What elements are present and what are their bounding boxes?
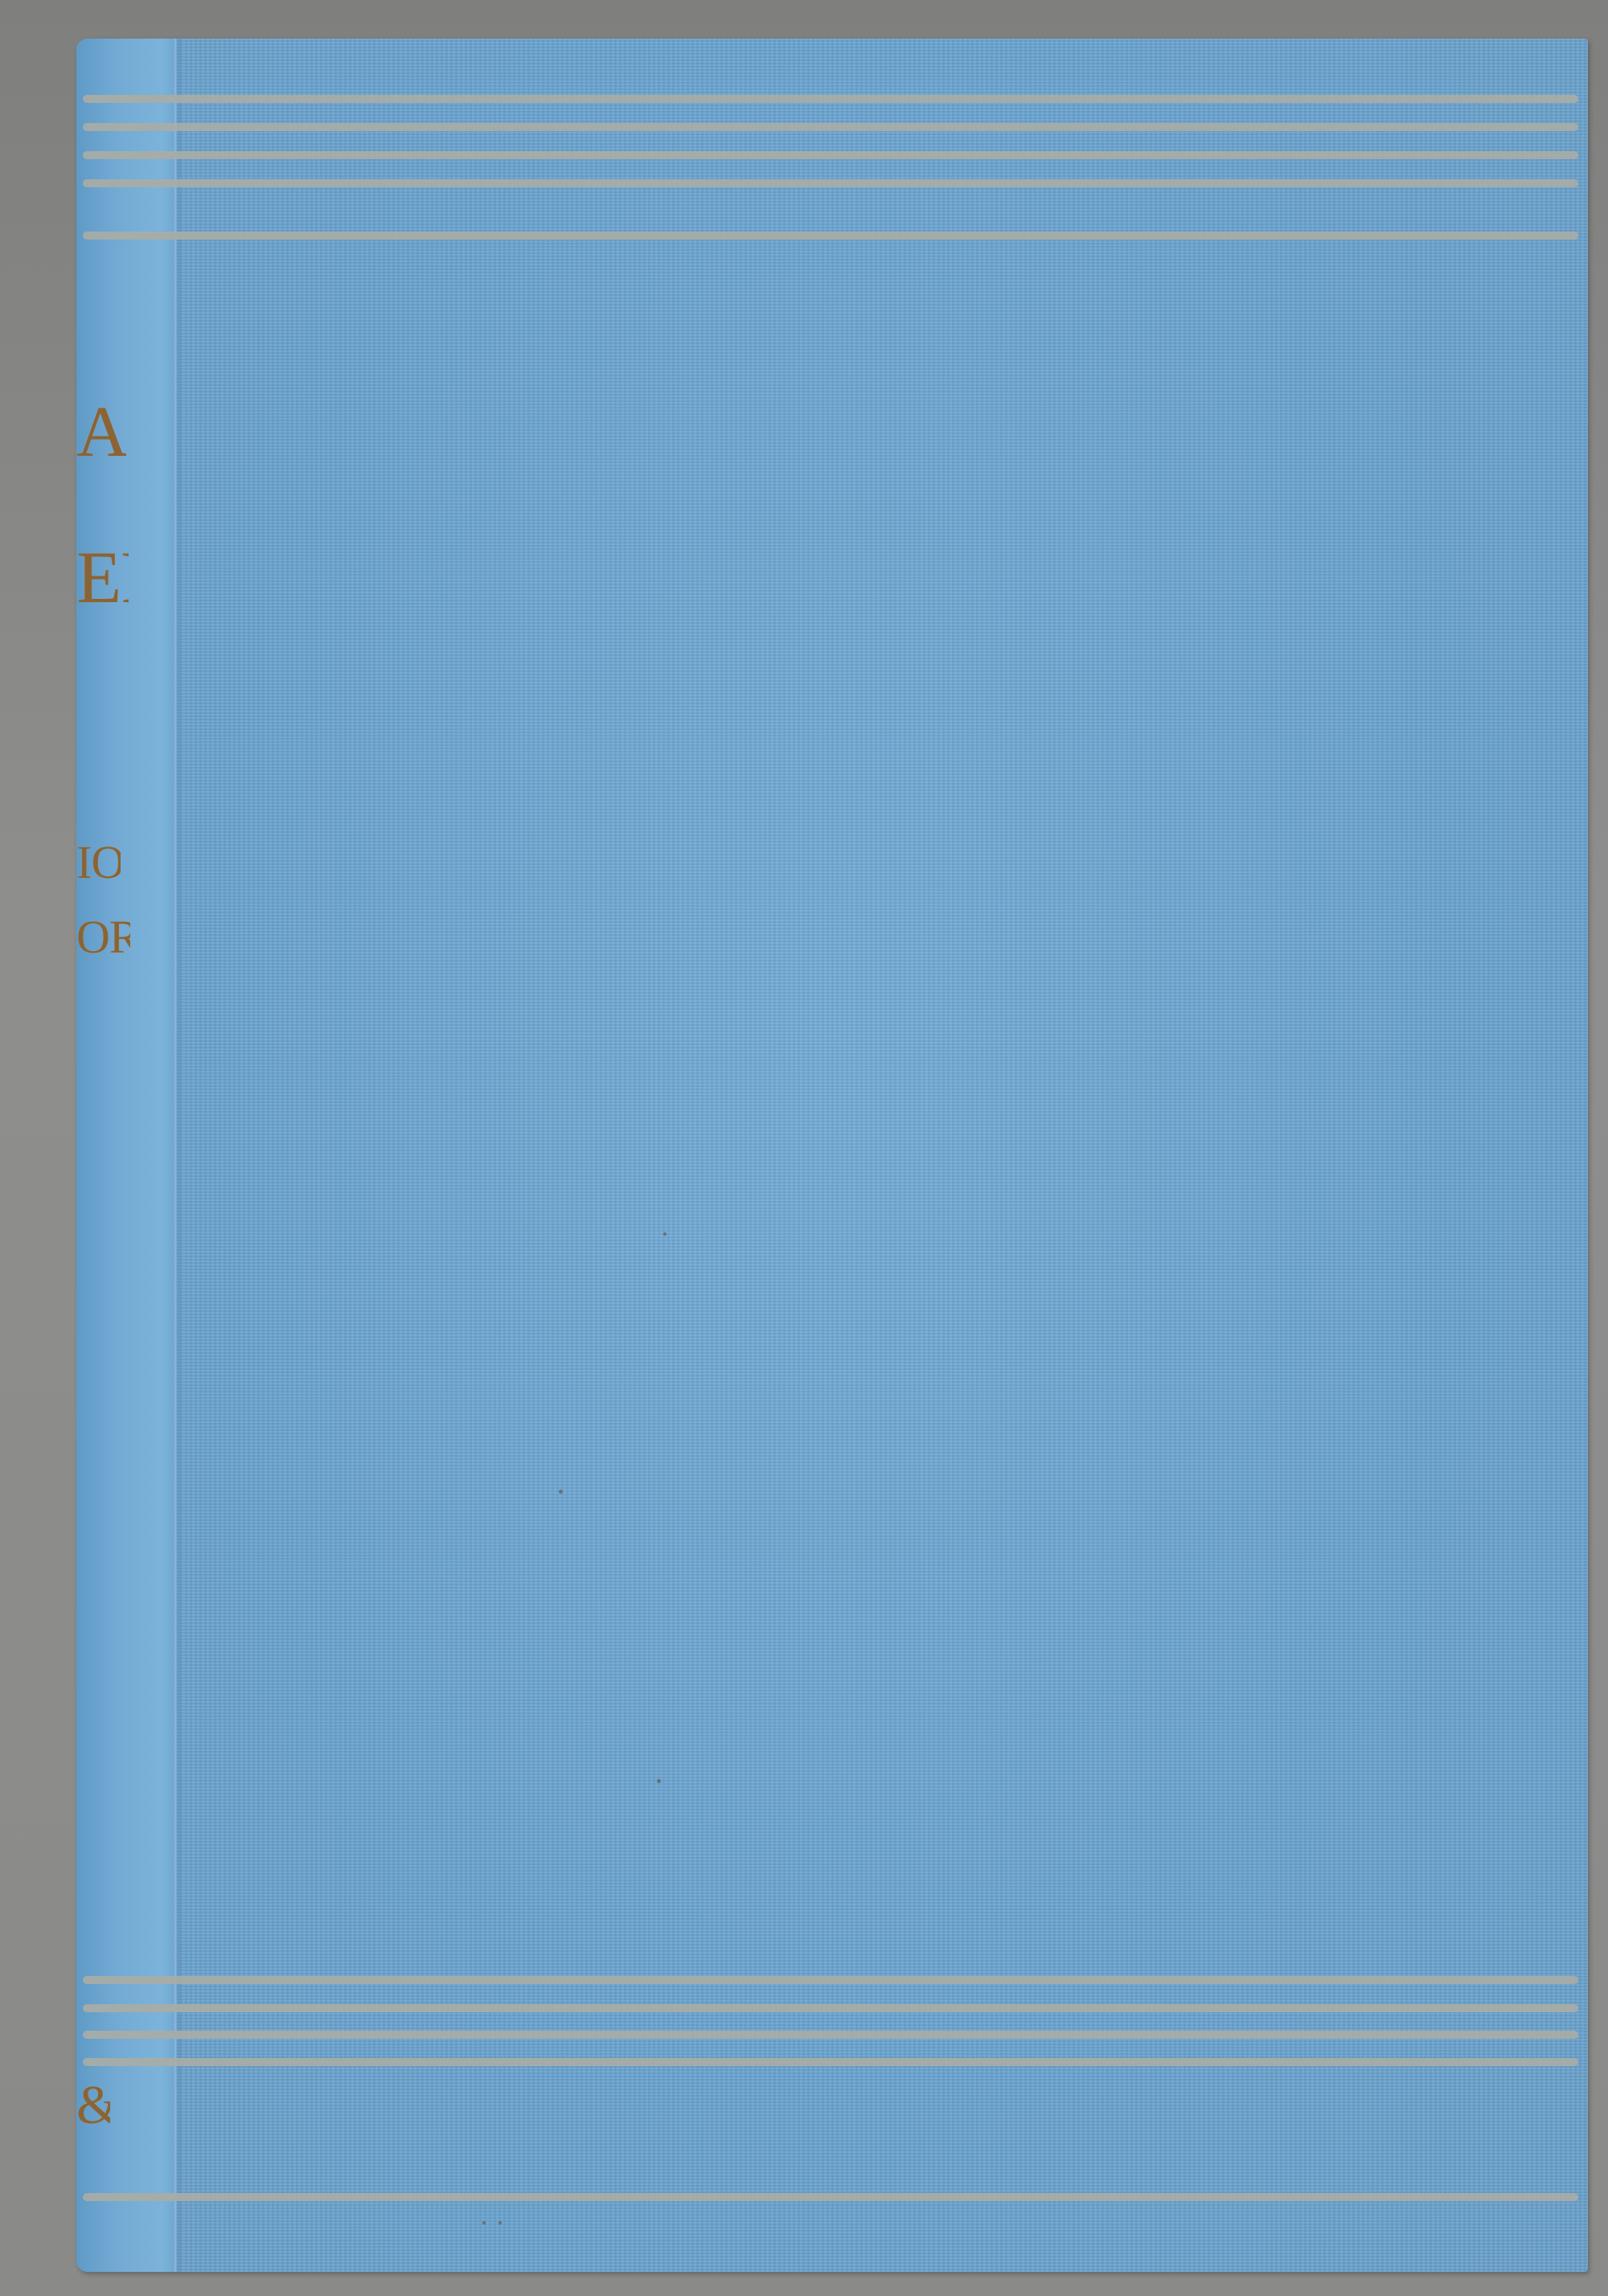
spine-hinge [174,39,183,2272]
bottom-rule-1 [83,1976,1578,1984]
spine-title-line-2: ER [76,537,129,617]
top-rule-1 [83,95,1578,103]
top-rule-4 [83,179,1578,187]
top-rule-3 [83,151,1578,159]
cloth-speck [657,1779,661,1783]
cloth-speck [559,1490,563,1494]
cloth-speck [663,1232,667,1236]
top-rule-5 [83,232,1578,240]
cloth-speck [482,2221,486,2224]
spine-volume-number: .II [76,1870,79,1918]
spine-title-line-1: AN [76,392,126,473]
spine-author-line-2: ORD [76,909,130,966]
book-cover: AN ER ION ORD .II &C°. [76,39,1588,2272]
book-spine [76,39,177,2272]
spine-publisher: &C°. [76,2073,110,2137]
bottom-rule-3 [83,2031,1578,2039]
bottom-rule-2 [83,2004,1578,2012]
spine-author-line-1: ION [76,834,121,891]
top-rule-2 [83,123,1578,131]
bottom-rule-4 [83,2058,1578,2066]
bottom-rule-5 [83,2193,1578,2201]
cloth-speck [498,2221,502,2224]
